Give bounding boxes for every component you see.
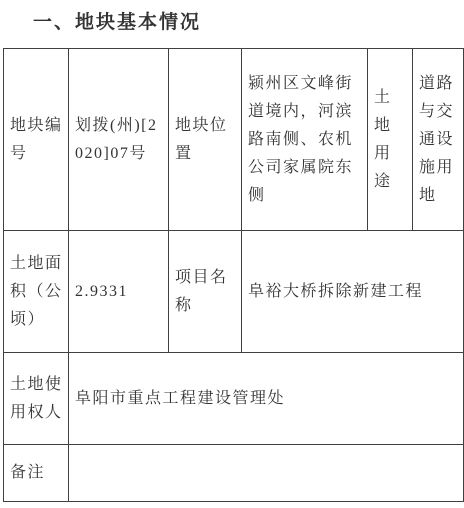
parcel-location-label: 地块位置	[169, 49, 242, 231]
land-info-table: 地块编号 划拨(州)[2020]07号 地块位置 颍州区文峰街道境内，河滨路南侧…	[3, 48, 464, 502]
parcel-number-label: 地块编号	[4, 49, 69, 231]
parcel-number-value: 划拨(州)[2020]07号	[69, 49, 169, 231]
document-page: 一、地块基本情况 地块编号 划拨(州)[2020]07号 地块位置 颍州区文峰街…	[0, 0, 464, 508]
project-name-value: 阜裕大桥拆除新建工程	[242, 231, 464, 353]
land-area-value: 2.9331	[69, 231, 169, 353]
section-title: 一、地块基本情况	[33, 7, 201, 34]
project-name-label: 项目名称	[169, 231, 242, 353]
land-use-label: 土地用途	[368, 49, 413, 231]
land-area-label: 土地面积（公顷）	[4, 231, 69, 353]
parcel-location-value: 颍州区文峰街道境内，河滨路南侧、农机公司家属院东侧	[242, 49, 368, 231]
table-row: 土地使用权人 阜阳市重点工程建设管理处	[4, 353, 464, 445]
table-row: 备注	[4, 445, 464, 502]
land-user-label: 土地使用权人	[4, 353, 69, 445]
table-row: 地块编号 划拨(州)[2020]07号 地块位置 颍州区文峰街道境内，河滨路南侧…	[4, 49, 464, 231]
land-use-value: 道路与交通设施用地	[413, 49, 464, 231]
remarks-value	[69, 445, 464, 502]
remarks-label: 备注	[4, 445, 69, 502]
table-row: 土地面积（公顷） 2.9331 项目名称 阜裕大桥拆除新建工程	[4, 231, 464, 353]
land-user-value: 阜阳市重点工程建设管理处	[69, 353, 464, 445]
